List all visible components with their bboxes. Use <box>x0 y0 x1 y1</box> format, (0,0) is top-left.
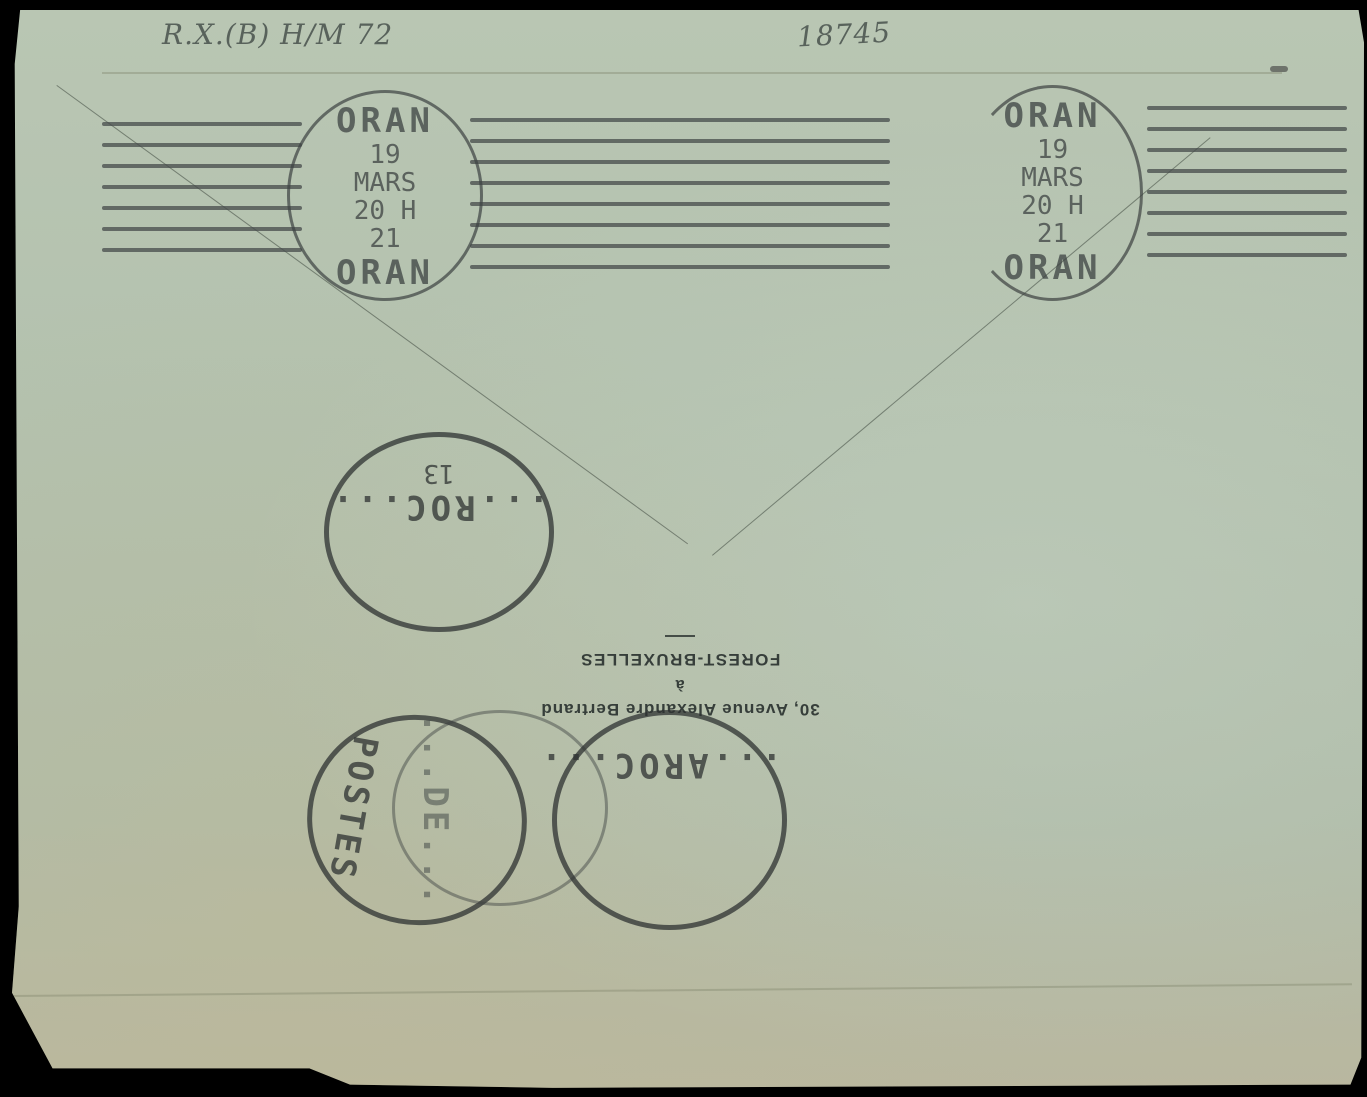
postmark-hour: 20 H <box>965 192 1140 220</box>
cancel-lines-right <box>1147 106 1347 274</box>
postmark-year: 21 <box>290 225 480 253</box>
handwritten-note-right: 18745 <box>796 16 892 54</box>
postmark-maroc-text: ...AROC... <box>557 745 782 785</box>
cancel-lines-left-wavy <box>102 122 302 269</box>
cancel-lines-center <box>470 118 890 286</box>
postmark-transit-date-1: 13 <box>329 459 549 487</box>
bottom-crease <box>12 983 1352 997</box>
postmark-town-top: ORAN <box>965 96 1140 136</box>
return-address-rule <box>665 635 695 637</box>
postmark-town-top: ORAN <box>290 101 480 141</box>
return-address-preposition: à <box>510 675 850 693</box>
postmark-maroc: ...AROC... <box>552 710 787 930</box>
postmark-de-text: ...DE... <box>415 713 455 903</box>
postmark-day: 19 <box>290 141 480 169</box>
envelope-back: R.X.(B) H/M 72 18745 ORAN 19 MARS 20 H 2… <box>12 10 1364 1090</box>
ink-mark <box>1270 66 1288 72</box>
handwritten-note-left: R.X.(B) H/M 72 <box>162 18 393 51</box>
postmark-transit-text: ...ROC... <box>329 487 549 527</box>
postmark-hour: 20 H <box>290 197 480 225</box>
postmark-oran-right: ORAN 19 MARS 20 H 21 ORAN <box>962 85 1143 301</box>
postmark-town-bottom: ORAN <box>290 253 480 293</box>
postmark-day: 19 <box>965 136 1140 164</box>
postmark-transit: ...ROC... 13 <box>324 432 554 632</box>
postmark-postes-text: POSTES <box>316 707 390 911</box>
return-address: 30, Avenue Alexandre Bertrand à FOREST-B… <box>510 635 850 719</box>
postmark-month: MARS <box>965 164 1140 192</box>
top-crease <box>102 72 1282 74</box>
postmark-town-bottom: ORAN <box>965 248 1140 288</box>
postmark-oran-left: ORAN 19 MARS 20 H 21 ORAN <box>287 90 483 301</box>
postmark-month: MARS <box>290 169 480 197</box>
postmark-year: 21 <box>965 220 1140 248</box>
return-address-city: FOREST-BRUXELLES <box>510 649 850 669</box>
